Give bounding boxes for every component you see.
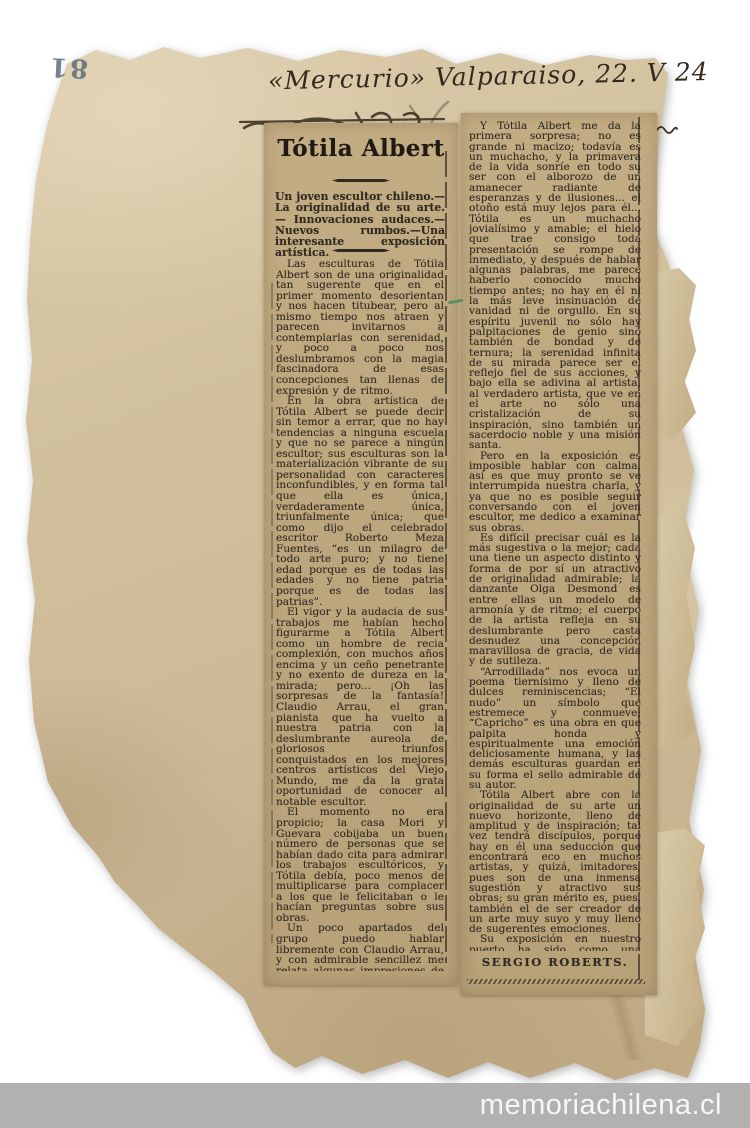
scanned-document-page: 81 «Mercurio» Valparaiso, 22. V 24 Tótil…: [0, 0, 750, 1128]
column-rule: [271, 283, 273, 943]
article-paragraph: En la obra artística de Tótila Albert se…: [276, 396, 444, 607]
newspaper-clipping-left-column: Tótila Albert Un joven escultor chileno.…: [264, 123, 458, 985]
newspaper-clipping-right-column: Y Tótila Albert me da la primera sorpres…: [461, 113, 657, 995]
watermark-bar: memoriachilena.cl: [0, 1083, 750, 1128]
zigzag-rule: [467, 979, 645, 984]
article-paragraph: “Arrodillada” nos evoca un poema tiernís…: [469, 667, 641, 791]
article-paragraph: Un poco apartados del grupo puedo hablar…: [276, 923, 444, 971]
column-rule: [445, 151, 447, 963]
article-signature: SERGIO ROBERTS.: [469, 955, 641, 969]
article-body-right: Y Tótila Albert me da la primera sorpres…: [469, 121, 641, 951]
subhead-rule: [332, 249, 390, 252]
headline-rule: [332, 179, 390, 182]
article-body-left: Las esculturas de Tótila Albert son de u…: [276, 259, 444, 971]
article-paragraph: Pero en la exposición es imposible habla…: [469, 451, 641, 533]
article-subhead: Un joven escultor chileno.—La originalid…: [275, 191, 445, 259]
article-paragraph: Y Tótila Albert me da la primera sorpres…: [469, 121, 641, 451]
article-paragraph: El vigor y la audacia de sus trabajos me…: [276, 607, 444, 807]
article-paragraph: Tótila Albert abre con la originalidad d…: [469, 790, 641, 934]
page-number: 81: [47, 51, 89, 83]
article-paragraph: Las esculturas de Tótila Albert son de u…: [276, 259, 444, 396]
watermark-text: memoriachilena.cl: [0, 1083, 750, 1128]
article-headline: Tótila Albert: [264, 135, 458, 162]
article-paragraph: El momento no era propicio; la casa Mori…: [276, 807, 444, 923]
article-paragraph: Su exposición en nuestro puerto ha sido …: [469, 934, 641, 951]
article-paragraph: Es difícil precisar cuál es la más suges…: [469, 533, 641, 667]
